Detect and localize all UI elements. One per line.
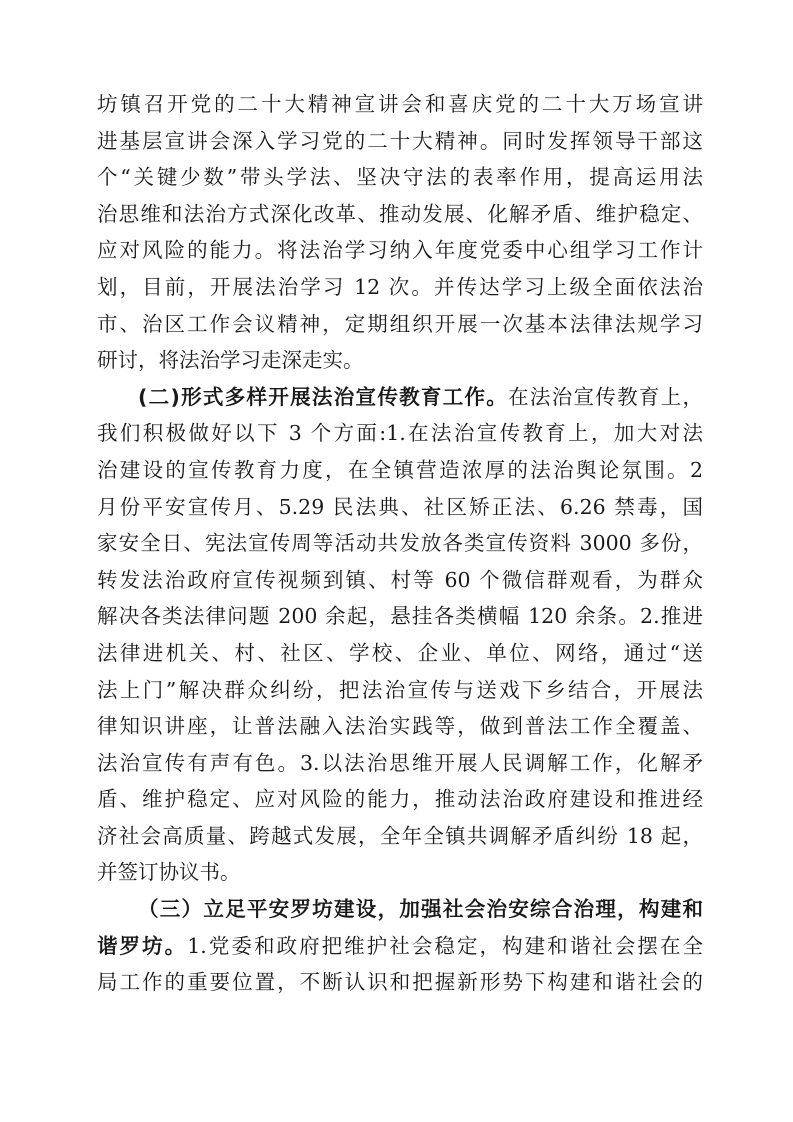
text-line: 济社会高质量、跨越式发展，全年全镇共调解矛盾纠纷 18 起， <box>97 818 703 855</box>
paragraph-3: （三）立足平安罗坊建设，加强社会治安综合治理，构建和 谐罗坊。1.党委和政府把维… <box>97 891 703 1001</box>
text-line: 治思维和法治方式深化改革、推动发展、化解矛盾、维护稳定、 <box>97 196 703 233</box>
text-line: 法律进机关、村、社区、学校、企业、单位、网络，通过“送 <box>97 635 703 672</box>
text-run: 在法治宣传教育上， <box>508 385 703 409</box>
text-line: (二)形式多样开展法治宣传教育工作。在法治宣传教育上， <box>97 379 703 416</box>
section-heading-2: (二)形式多样开展法治宣传教育工作。 <box>138 385 508 409</box>
section-heading-3: （三）立足平安罗坊建设，加强社会治安综合治理，构建和 <box>97 891 703 928</box>
paragraph-1: 坊镇召开党的二十大精神宣讲会和喜庆党的二十大万场宣讲 进基层宣讲会深入学习党的二… <box>97 86 703 379</box>
text-line: 进基层宣讲会深入学习党的二十大精神。同时发挥领导干部这 <box>97 123 703 160</box>
section-heading-3-cont: 谐罗坊。 <box>97 934 187 958</box>
text-line: 转发法治政府宣传视频到镇、村等 60 个微信群观看，为群众 <box>97 562 703 599</box>
text-line: 研讨，将法治学习走深走实。 <box>97 342 703 379</box>
text-line: 解决各类法律问题 200 余起，悬挂各类横幅 120 余条。2.推进 <box>97 598 703 635</box>
text-line: 月份平安宣传月、5.29 民法典、社区矫正法、6.26 禁毒，国 <box>97 489 703 526</box>
text-line: 我们积极做好以下 3 个方面:1.在法治宣传教育上，加大对法 <box>97 415 703 452</box>
text-line: 个“关键少数”带头学法、坚决守法的表率作用，提高运用法 <box>97 159 703 196</box>
text-line: 谐罗坊。1.党委和政府把维护社会稳定，构建和谐社会摆在全 <box>97 928 703 965</box>
text-line: 局工作的重要位置，不断认识和把握新形势下构建和谐社会的 <box>97 964 703 1001</box>
text-line: 市、治区工作会议精神，定期组织开展一次基本法律法规学习 <box>97 306 703 343</box>
text-run: 1.党委和政府把维护社会稳定，构建和谐社会摆在全 <box>187 934 703 958</box>
text-line: 盾、维护稳定、应对风险的能力，推动法治政府建设和推进经 <box>97 781 703 818</box>
text-line: 律知识讲座，让普法融入法治实践等，做到普法工作全覆盖、 <box>97 708 703 745</box>
text-line: 应对风险的能力。将法治学习纳入年度党委中心组学习工作计 <box>97 232 703 269</box>
document-page: 坊镇召开党的二十大精神宣讲会和喜庆党的二十大万场宣讲 进基层宣讲会深入学习党的二… <box>97 86 703 1001</box>
paragraph-2: (二)形式多样开展法治宣传教育工作。在法治宣传教育上， 我们积极做好以下 3 个… <box>97 379 703 891</box>
text-line: 法上门”解决群众纠纷，把法治宣传与送戏下乡结合，开展法 <box>97 672 703 709</box>
text-line: 家安全日、宪法宣传周等活动共发放各类宣传资料 3000 多份， <box>97 525 703 562</box>
text-line: 法治宣传有声有色。3.以法治思维开展人民调解工作，化解矛 <box>97 745 703 782</box>
text-line: 治建设的宣传教育力度，在全镇营造浓厚的法治舆论氛围。2 <box>97 452 703 489</box>
text-line: 并签订协议书。 <box>97 854 703 891</box>
text-line: 划，目前，开展法治学习 12 次。并传达学习上级全面依法治 <box>97 269 703 306</box>
text-line: 坊镇召开党的二十大精神宣讲会和喜庆党的二十大万场宣讲 <box>97 86 703 123</box>
